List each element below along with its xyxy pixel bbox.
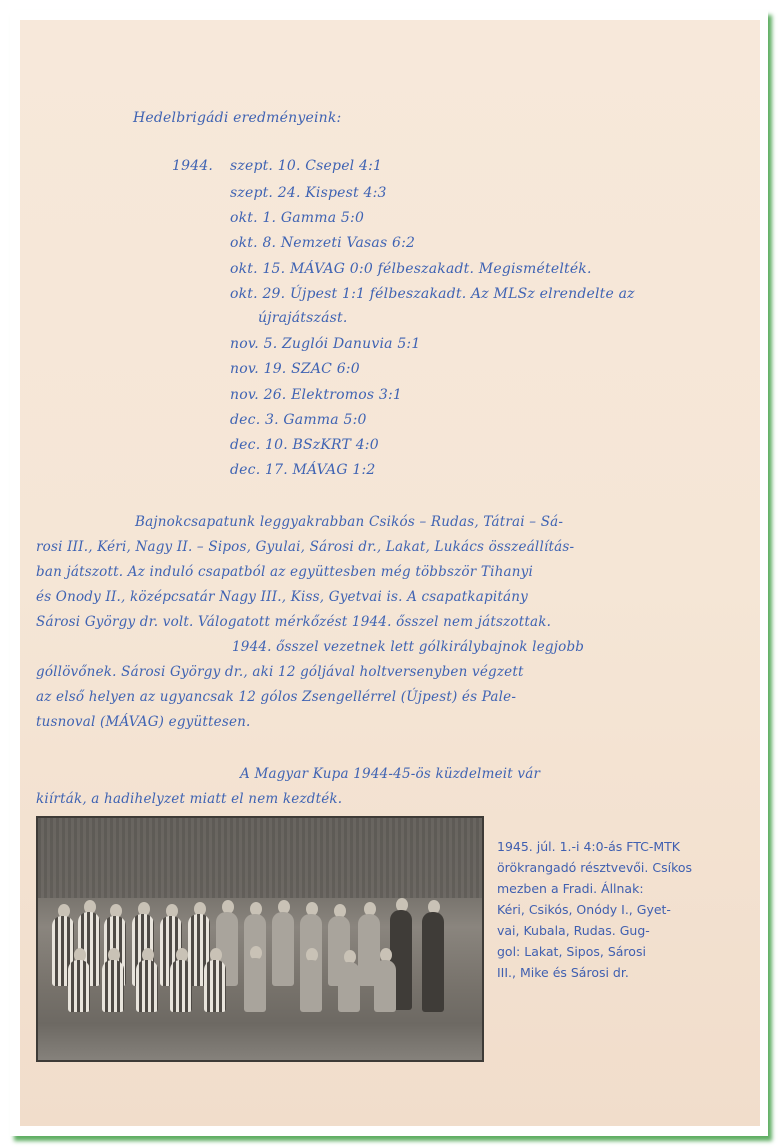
crowd-background <box>38 818 482 898</box>
match-row: nov. 5. Zuglói Danuvia 5:1 <box>230 336 420 352</box>
caption-line: mezben a Fradi. Állnak: <box>497 878 737 899</box>
caption-line: III., Mike és Sárosi dr. <box>497 962 737 983</box>
team-photo <box>36 816 484 1062</box>
caption-line: örökrangadó résztvevői. Csíkos <box>497 857 737 878</box>
paragraph-line: az első helyen az ugyancsak 12 gólos Zse… <box>36 689 516 705</box>
match-row: szept. 24. Kispest 4:3 <box>230 185 387 201</box>
paragraph-line: rosi III., Kéri, Nagy II. – Sipos, Gyula… <box>36 539 574 555</box>
paragraph-line: Sárosi György dr. volt. Válogatott mérkő… <box>36 614 551 630</box>
caption-line: Kéri, Csikós, Onódy I., Gyet- <box>497 899 737 920</box>
caption-line: gol: Lakat, Sipos, Sárosi <box>497 941 737 962</box>
paragraph-line: A Magyar Kupa 1944-45-ös küzdelmeit vár <box>240 766 540 782</box>
match-row: okt. 15. MÁVAG 0:0 félbeszakadt. Megismé… <box>230 261 592 277</box>
match-row: dec. 3. Gamma 5:0 <box>230 412 367 428</box>
match-row: okt. 1. Gamma 5:0 <box>230 210 364 226</box>
match-row: nov. 26. Elektromos 3:1 <box>230 387 402 403</box>
section-heading: Hedelbrigádi eredményeink: <box>133 110 341 126</box>
paragraph-line: 1944. ősszel vezetnek lett gólkirálybajn… <box>232 639 584 655</box>
caption-line: 1945. júl. 1.-i 4:0-ás FTC-MTK <box>497 836 737 857</box>
paragraph-line: és Onody II., középcsatár Nagy III., Kis… <box>36 589 528 605</box>
paragraph-line: kiírták, a hadihelyzet miatt el nem kezd… <box>36 791 342 807</box>
match-year: 1944. <box>172 158 213 174</box>
paragraph-line: ban játszott. Az induló csapatból az egy… <box>36 564 533 580</box>
match-row: szept. 10. Csepel 4:1 <box>230 158 382 174</box>
match-row: dec. 17. MÁVAG 1:2 <box>230 462 376 478</box>
match-row: okt. 29. Újpest 1:1 félbeszakadt. Az MLS… <box>230 286 635 302</box>
match-row-continuation: újrajátszást. <box>258 310 347 326</box>
paragraph-line: Bajnokcsapatunk leggyakrabban Csikós – R… <box>135 514 563 530</box>
match-row: okt. 8. Nemzeti Vasas 6:2 <box>230 235 415 251</box>
caption-line: vai, Kubala, Rudas. Gug- <box>497 920 737 941</box>
paragraph-line: góllövőnek. Sárosi György dr., aki 12 gó… <box>36 664 524 680</box>
player-group <box>44 904 480 1024</box>
photo-caption: 1945. júl. 1.-i 4:0-ás FTC-MTK örökranga… <box>497 836 737 983</box>
paragraph-line: tusnoval (MÁVAG) együttesen. <box>36 714 251 730</box>
match-row: nov. 19. SZAC 6:0 <box>230 361 360 377</box>
match-row: dec. 10. BSzKRT 4:0 <box>230 437 379 453</box>
